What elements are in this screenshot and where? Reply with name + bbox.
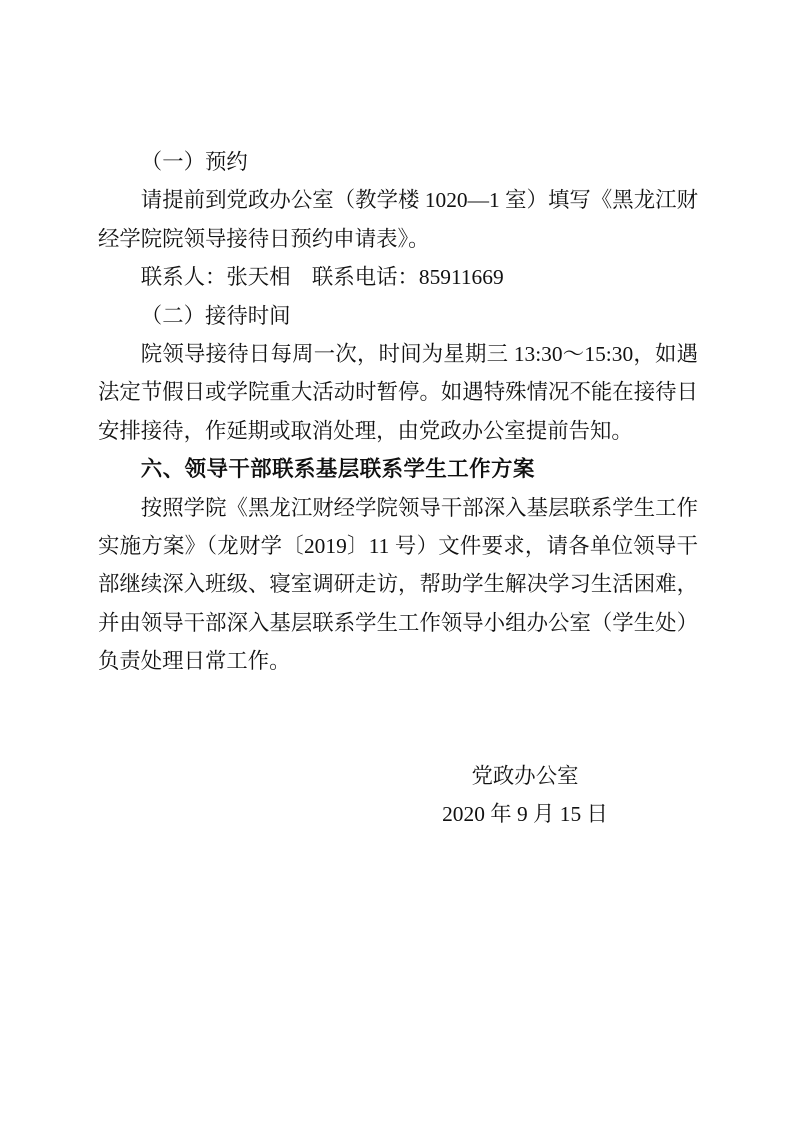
contact-line: 联系人：张天相 联系电话：85911669 xyxy=(98,258,698,296)
heading-section-six: 六、领导干部联系基层联系学生工作方案 xyxy=(98,450,698,488)
signature-office: 党政办公室 xyxy=(395,757,655,795)
paragraph-section-six-body: 按照学院《黑龙江财经学院领导干部深入基层联系学生工作实施方案》（龙财学〔2019… xyxy=(98,489,698,681)
document-body: （一）预约 请提前到党政办公室（教学楼 1020—1 室）填写《黑龙江财经学院院… xyxy=(98,143,698,834)
document-page: （一）预约 请提前到党政办公室（教学楼 1020—1 室）填写《黑龙江财经学院院… xyxy=(0,0,793,1122)
paragraph-appointment-procedure: 请提前到党政办公室（教学楼 1020—1 室）填写《黑龙江财经学院院领导接待日预… xyxy=(98,181,698,258)
subheading-appointment: （一）预约 xyxy=(98,143,698,181)
paragraph-reception-time: 院领导接待日每周一次，时间为星期三 13:30～15:30，如遇法定节假日或学院… xyxy=(98,335,698,450)
signature-date: 2020 年 9 月 15 日 xyxy=(395,795,655,833)
subheading-reception-time: （二）接待时间 xyxy=(98,297,698,335)
signature-block: 党政办公室 2020 年 9 月 15 日 xyxy=(395,757,655,834)
